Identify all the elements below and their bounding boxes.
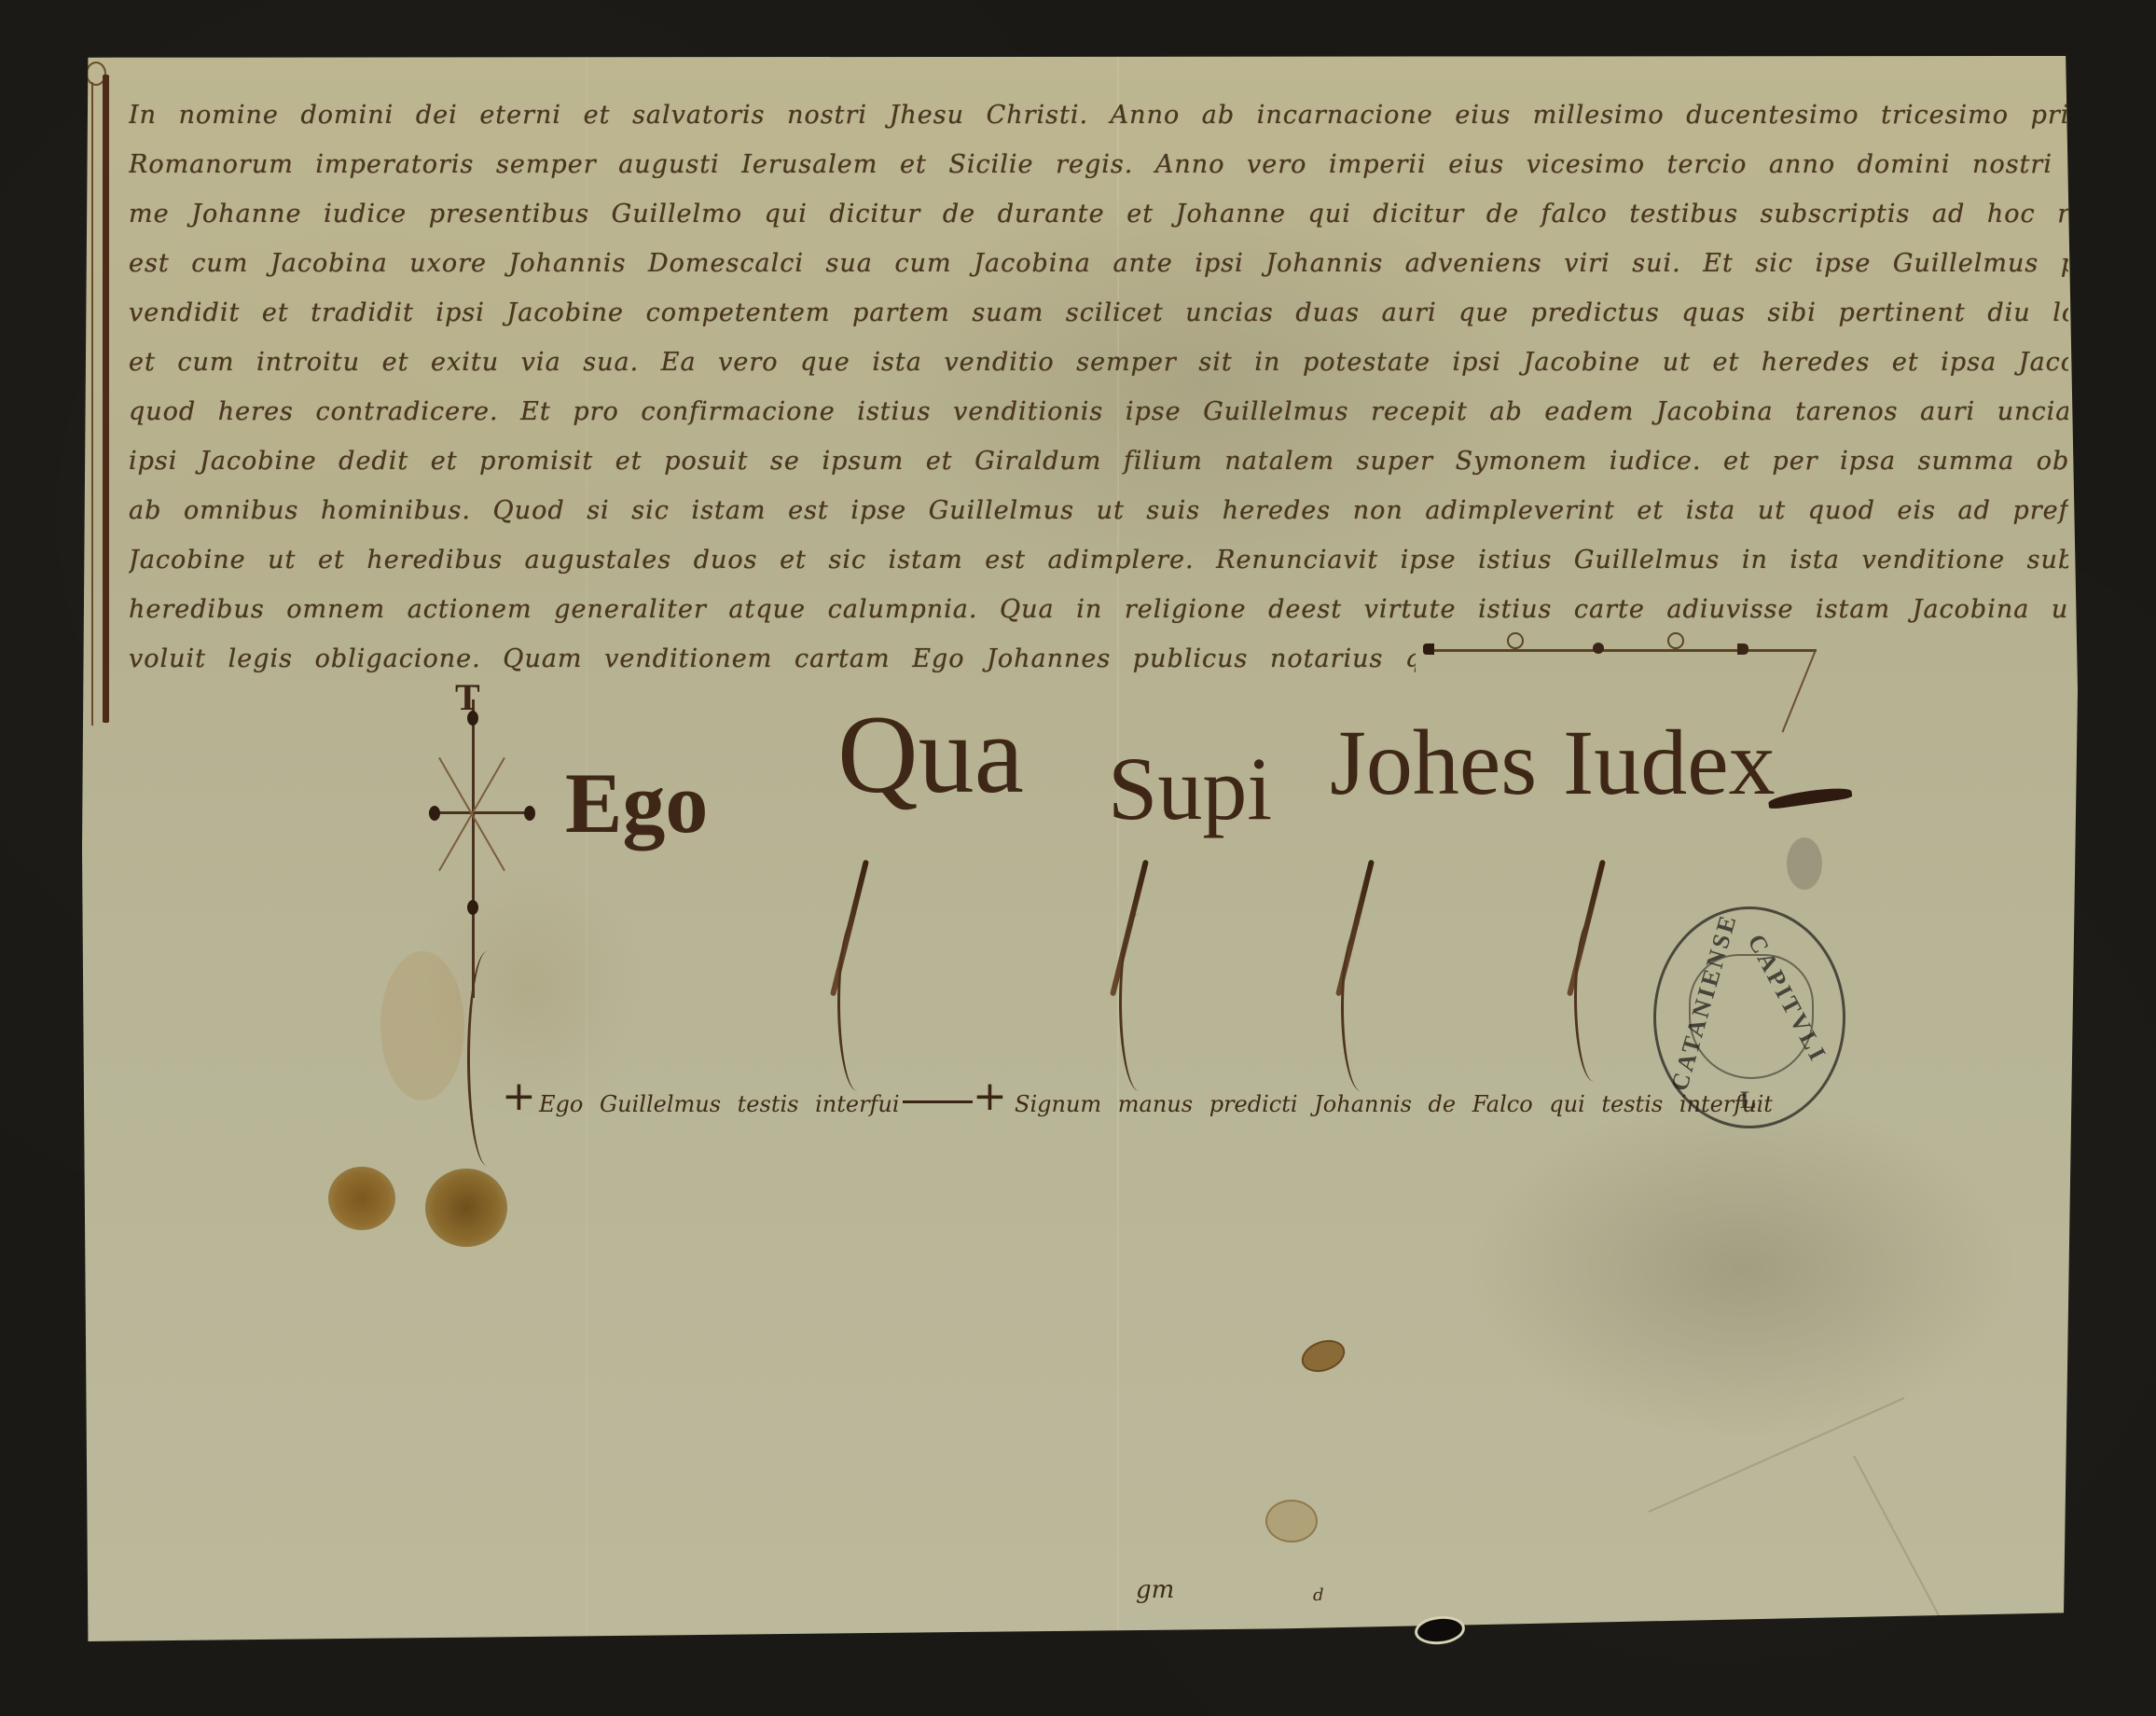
signature-word-johes: Johes xyxy=(1330,709,1537,816)
crease-line xyxy=(1649,1397,1905,1513)
archive-seal-stamp: CAPITVLI CATANIENSE L xyxy=(1653,906,1845,1128)
seal-legend-bottom: L xyxy=(1740,1086,1759,1114)
text-line: Jacobine ut et heredibus augustales duos… xyxy=(129,546,2068,574)
text-line: me Johanne iudice presentibus Guillelmo … xyxy=(129,200,2068,228)
flourish-stroke xyxy=(1767,785,1852,810)
ornament-loop-icon xyxy=(1667,632,1684,649)
text-line: ab omnibus hominibus. Quod si sic istam … xyxy=(129,496,2068,525)
witness-dash xyxy=(903,1100,973,1103)
signature-word-iudex: Iudex xyxy=(1563,709,1776,816)
signature-word-ego: Ego xyxy=(565,754,708,852)
ornament-arrow-icon xyxy=(1423,643,1434,655)
charter-text-block: In nomine domini dei eterni et salvatori… xyxy=(129,101,2068,754)
initial-letter-I xyxy=(103,75,109,723)
parchment-document: In nomine domini dei eterni et salvatori… xyxy=(82,56,2078,1641)
signature-word-qua: Qua xyxy=(837,690,1024,819)
signature-swash xyxy=(1574,914,1614,1082)
witness-cross-icon: + xyxy=(502,1072,536,1120)
signature-word-supi: Supi xyxy=(1108,737,1272,840)
text-line: quod heres contradicere. Et pro confirma… xyxy=(129,397,2068,426)
text-line: heredibus omnem actionem generaliter atq… xyxy=(129,595,2068,624)
signature-swash xyxy=(1119,914,1159,1091)
stain xyxy=(380,951,464,1100)
text-line: Romanorum imperatoris semper augusti Ier… xyxy=(129,150,2068,179)
stain xyxy=(1265,1500,1318,1543)
smudge xyxy=(1787,837,1822,890)
initial-letter-hairline xyxy=(91,82,93,726)
stain xyxy=(328,1167,395,1230)
signature-swash xyxy=(1341,923,1381,1091)
stain xyxy=(1297,1335,1349,1377)
signature-swash xyxy=(837,914,878,1091)
archival-notation: gm xyxy=(1136,1576,1174,1604)
text-line: et cum introitu et exitu via sua. Ea ver… xyxy=(129,348,2068,377)
text-line: est cum Jacobina uxore Johannis Domescal… xyxy=(129,249,2068,278)
text-line: vendidit et tradidit ipsi Jacobine compe… xyxy=(129,298,2068,327)
ornament-loop-icon xyxy=(1507,632,1524,649)
text-line: ipsi Jacobine dedit et promisit et posui… xyxy=(129,447,2068,476)
witness-subscription: Ego Guillelmus testis interfui xyxy=(539,1091,900,1117)
text-line: voluit legis obligacione. Quam vendition… xyxy=(129,644,1416,673)
crease-line xyxy=(1853,1456,1951,1638)
ornament-arrow-icon xyxy=(1737,643,1748,655)
text-line: In nomine domini dei eterni et salvatori… xyxy=(129,101,2068,130)
ornament-dot-icon xyxy=(1593,643,1604,654)
archival-mark: d xyxy=(1313,1585,1324,1605)
witness-subscription: Signum manus predicti Johannis de Falco … xyxy=(1015,1091,1773,1117)
stain xyxy=(425,1169,507,1247)
witness-cross-icon: + xyxy=(973,1072,1007,1120)
ornament-line xyxy=(1427,649,1817,652)
